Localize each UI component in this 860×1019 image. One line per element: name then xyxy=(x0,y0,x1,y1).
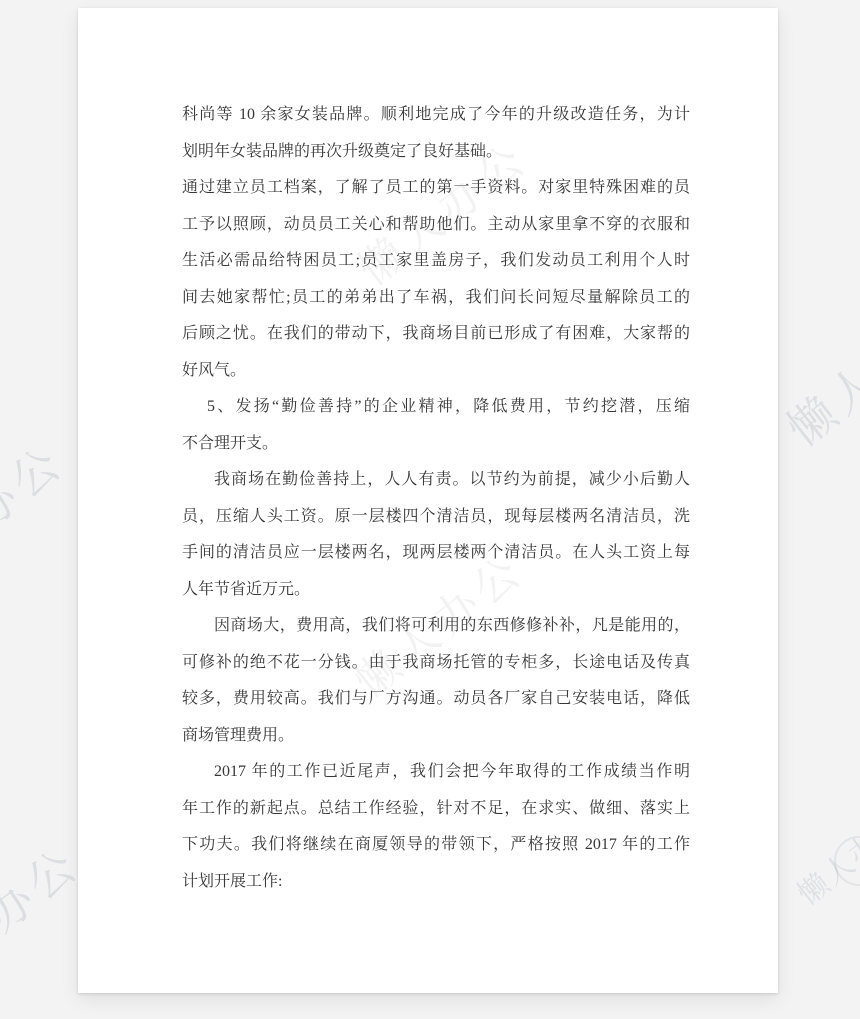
text-line: 间去她家帮忙;员工的弟弟出了车祸，我们问长问短尽量解除员工的 xyxy=(182,280,690,317)
text-line: 生活必需品给特困员工;员工家里盖房子，我们发动员工利用个人时 xyxy=(182,243,690,280)
text-line: 工予以照顾，动员员工关心和帮助他们。主动从家里拿不穿的衣服和 xyxy=(182,207,690,244)
text-line: 手间的清洁员应一层楼两名，现两层楼两个清洁员。在人头工资上每 xyxy=(182,535,690,572)
document-page: 科尚等 10 余家女装品牌。顺利地完成了今年的升级改造任务，为计 划明年女装品牌… xyxy=(78,8,778,993)
watermark-text: 懒人办公 xyxy=(772,279,860,459)
text-line: 我商场在勤俭善持上，人人有责。以节约为前提，减少小后勤人 xyxy=(182,462,690,499)
text-line: 因商场大，费用高，我们将可利用的东西修修补补，凡是能用的， xyxy=(182,608,690,645)
desktop-background: 懒人办公 懒人办公 懒人办公 科尚等 10 余家女装品牌。顺利地完成了今年的升级… xyxy=(0,0,860,1019)
watermark-ring-icon xyxy=(834,836,860,886)
text-line: 人年节省近万元。 xyxy=(182,572,690,609)
text-line: 年工作的新起点。总结工作经验，针对不足，在求实、做细、落实上 xyxy=(182,791,690,828)
text-line: 划明年女装品牌的再次升级奠定了良好基础。 xyxy=(182,134,690,171)
text-line: 通过建立员工档案，了解了员工的第一手资料。对家里特殊困难的员 xyxy=(182,170,690,207)
text-line: 可修补的绝不花一分钱。由于我商场托管的专柜多，长途电话及传真 xyxy=(182,645,690,682)
text-line: 计划开展工作: xyxy=(182,864,690,901)
text-line: 好风气。 xyxy=(182,353,690,390)
text-line: 科尚等 10 余家女装品牌。顺利地完成了今年的升级改造任务，为计 xyxy=(182,97,690,134)
text-line: 后顾之忧。在我们的带动下，我商场目前已形成了有困难，大家帮的 xyxy=(182,316,690,353)
text-line: 5、发扬“勤俭善持”的企业精神，降低费用，节约挖潜，压缩 xyxy=(182,389,690,426)
document-body: 科尚等 10 余家女装品牌。顺利地完成了今年的升级改造任务，为计 划明年女装品牌… xyxy=(182,97,690,900)
watermark-text: 懒人办公 xyxy=(786,800,860,913)
text-line: 商场管理费用。 xyxy=(182,718,690,755)
text-line: 不合理开支。 xyxy=(182,426,690,463)
text-line: 较多，费用较高。我们与厂方沟通。动员各厂家自己安装电话，降低 xyxy=(182,681,690,718)
text-line: 下功夫。我们将继续在商厦领导的带领下，严格按照 2017 年的工作 xyxy=(182,827,690,864)
text-line: 员，压缩人头工资。原一层楼四个清洁员，现每层楼两名清洁员，洗 xyxy=(182,499,690,536)
text-line: 2017 年的工作已近尾声，我们会把今年取得的工作成绩当作明 xyxy=(182,754,690,791)
watermark-text: 懒人办公 xyxy=(0,427,76,607)
